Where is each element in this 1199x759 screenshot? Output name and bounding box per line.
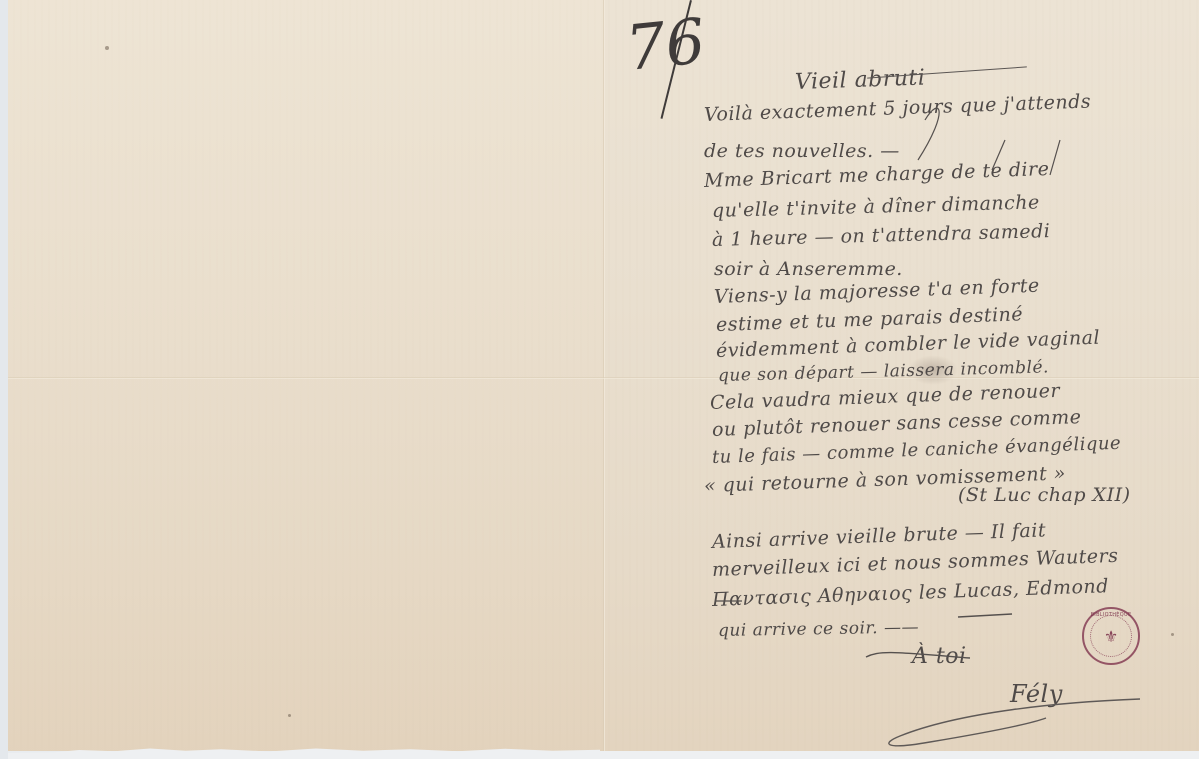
- fleur-de-lis-icon: ⚜: [1090, 615, 1132, 657]
- stamp-text: BIBLIOTHÈQUE: [1084, 612, 1138, 618]
- pen-flourishes: [0, 0, 1199, 759]
- library-stamp: BIBLIOTHÈQUE ⚜: [1082, 607, 1140, 665]
